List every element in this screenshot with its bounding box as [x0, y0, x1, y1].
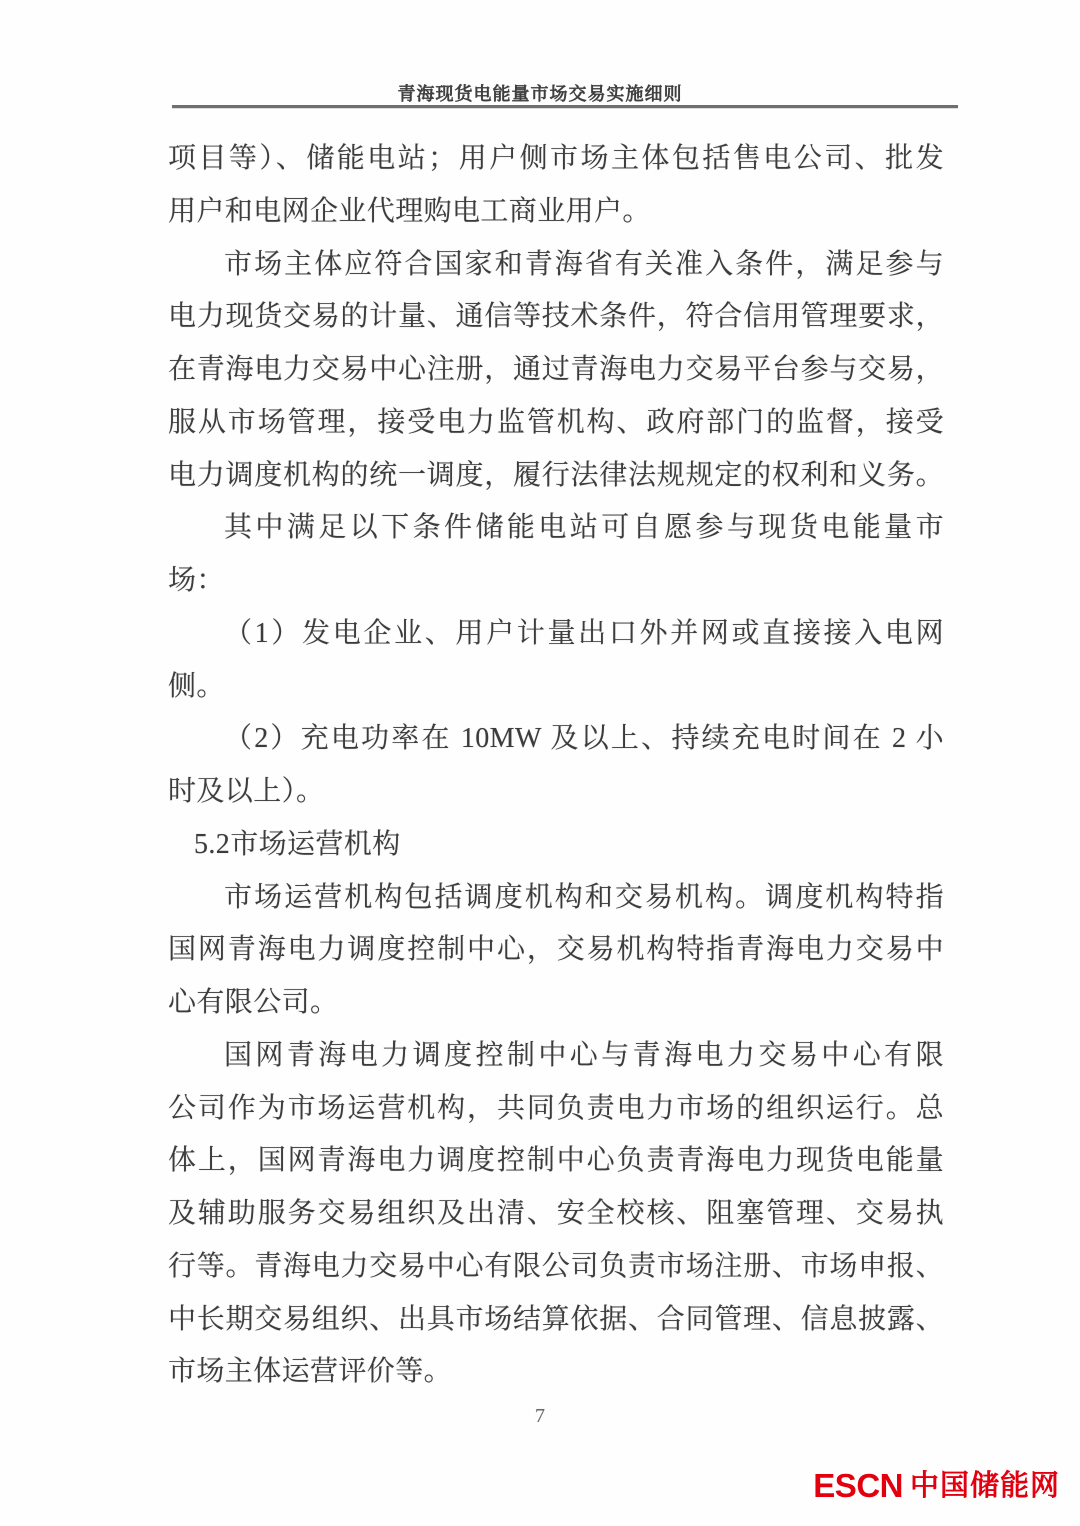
text-line: 中长期交易组织、出具市场结算依据、合同管理、信息披露、 [168, 1294, 944, 1347]
text-line: 市场运营机构包括调度机构和交易机构。调度机构特指 [168, 872, 944, 925]
text-line: 项目等）、储能电站；用户侧市场主体包括售电公司、批发 [168, 133, 944, 186]
text-line: （2）充电功率在 10MW 及以上、持续充电时间在 2 小 [168, 713, 944, 766]
text-line: 心有限公司。 [168, 977, 944, 1030]
text-line: 5.2市场运营机构 [168, 819, 944, 872]
document-page: 青海现货电能量市场交易实施细则 项目等）、储能电站；用户侧市场主体包括售电公司、… [0, 0, 1080, 1526]
text-line: 服从市场管理，接受电力监管机构、政府部门的监督，接受 [168, 397, 944, 450]
text-line: 国网青海电力调度控制中心与青海电力交易中心有限 [168, 1030, 944, 1083]
text-line: 市场主体运营评价等。 [168, 1346, 944, 1399]
escn-logo: ESCN 中国储能网 [813, 1466, 1060, 1506]
text-line: 市场主体应符合国家和青海省有关准入条件，满足参与 [168, 239, 944, 292]
text-line: 及辅助服务交易组织及出清、安全校核、阻塞管理、交易执 [168, 1188, 944, 1241]
page-header-title: 青海现货电能量市场交易实施细则 [0, 80, 1080, 106]
escn-logo-cjk-text: 中国储能网 [910, 1466, 1060, 1506]
text-line: 其中满足以下条件储能电站可自愿参与现货电能量市 [168, 502, 944, 555]
text-line: 时及以上）。 [168, 766, 944, 819]
text-line: 体上，国网青海电力调度控制中心负责青海电力现货电能量 [168, 1135, 944, 1188]
escn-logo-latin-text: ESCN [813, 1466, 903, 1506]
header-rule [172, 105, 958, 108]
page-number: 7 [0, 1405, 1080, 1428]
text-line: 行等。青海电力交易中心有限公司负责市场注册、市场申报、 [168, 1241, 944, 1294]
text-line: 侧。 [168, 661, 944, 714]
text-line: 用户和电网企业代理购电工商业用户。 [168, 186, 944, 239]
text-line: 在青海电力交易中心注册，通过青海电力交易平台参与交易， [168, 344, 944, 397]
text-line: 电力现货交易的计量、通信等技术条件，符合信用管理要求， [168, 291, 944, 344]
text-line: 场： [168, 555, 944, 608]
text-line: 公司作为市场运营机构，共同负责电力市场的组织运行。总 [168, 1083, 944, 1136]
text-line: 电力调度机构的统一调度，履行法律法规规定的权利和义务。 [168, 450, 944, 503]
document-body: 项目等）、储能电站；用户侧市场主体包括售电公司、批发用户和电网企业代理购电工商业… [168, 133, 944, 1399]
text-line: 国网青海电力调度控制中心，交易机构特指青海电力交易中 [168, 924, 944, 977]
text-line: （1）发电企业、用户计量出口外并网或直接接入电网 [168, 608, 944, 661]
